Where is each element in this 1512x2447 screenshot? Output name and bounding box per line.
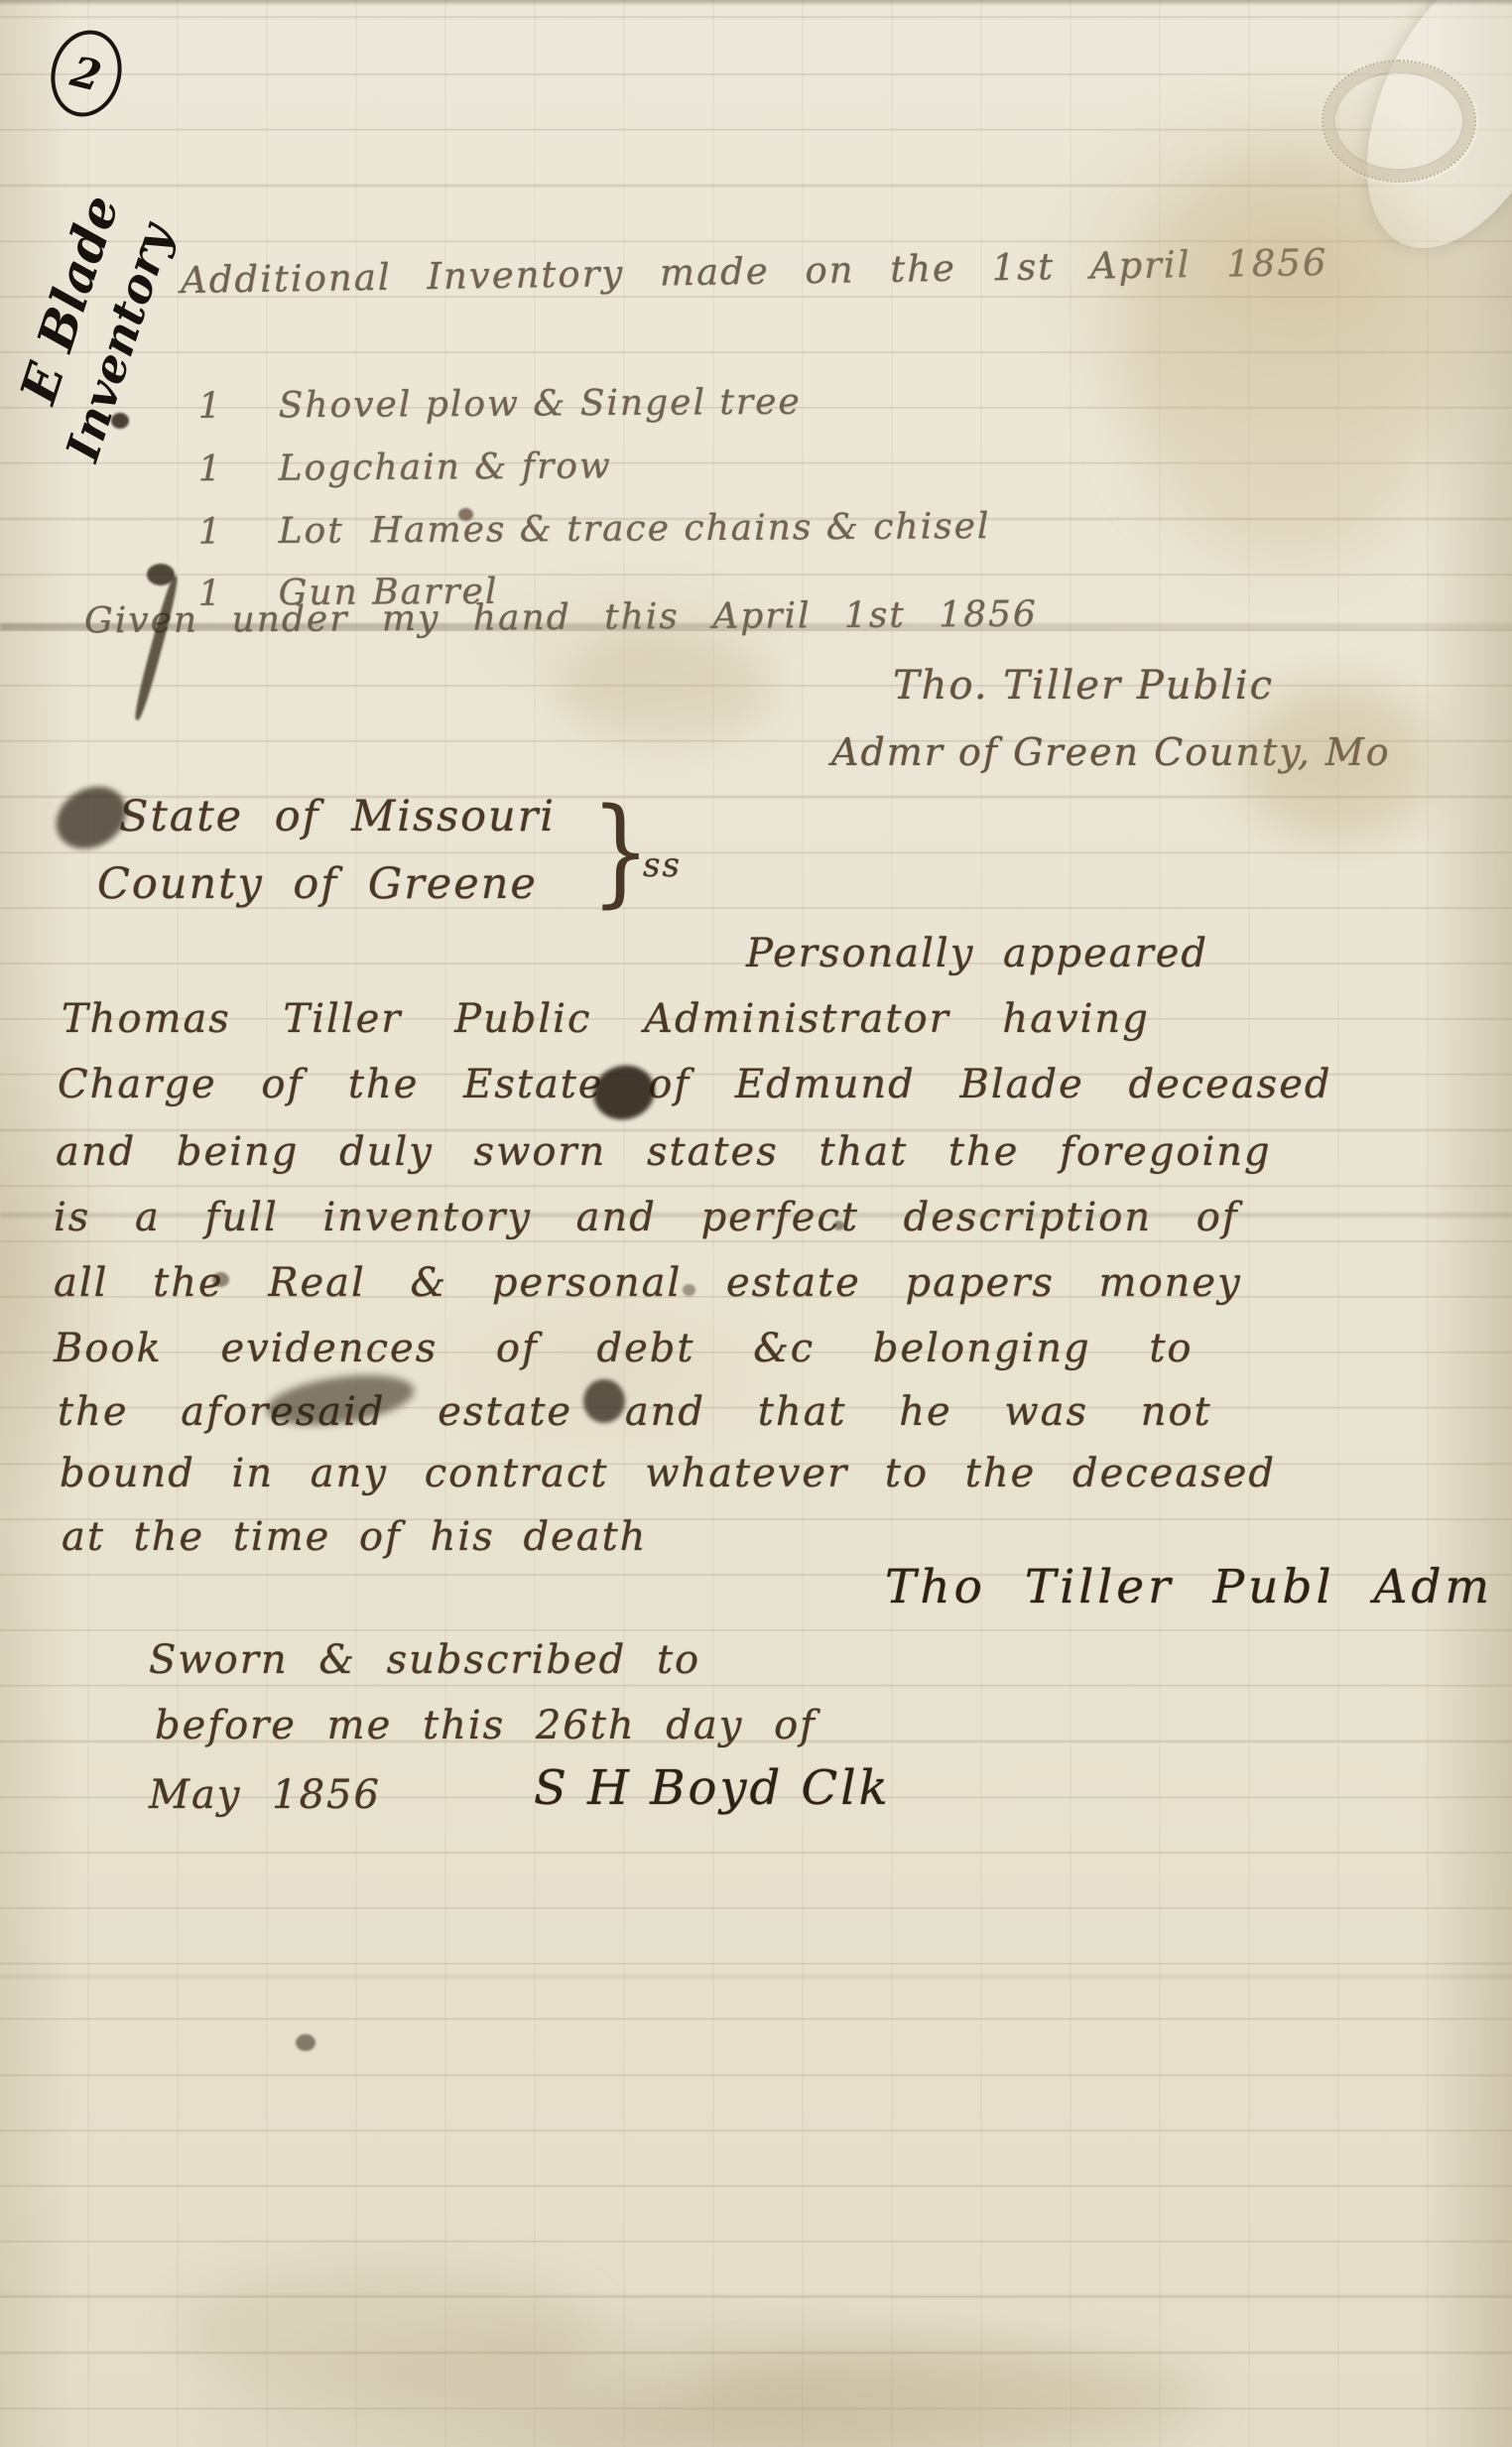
venue-county: County of Greene [97,859,538,909]
affidavit-line: and being duly sworn states that the for… [56,1129,1272,1175]
administrator-title: Admr of Green County, Mo [831,730,1391,774]
page-number-circled: 2 [42,23,130,124]
page-number: 2 [66,47,106,101]
affidavit-line: Charge of the Estate of Edmund Blade dec… [58,1062,1331,1107]
jurat-line: Sworn & subscribed to [149,1637,700,1683]
affiant-signature: Tho Tiller Publ Adm [885,1560,1493,1614]
venue-state: State of Missouri [119,792,556,841]
jurat-line: before me this 26th day of [155,1703,817,1748]
jurat-line: May 1856 [149,1772,381,1818]
affidavit-line: at the time of his death [62,1514,647,1560]
affidavit-line: the aforesaid estate and that he was not [58,1389,1212,1435]
venue-ss: ss [643,845,682,885]
affidavit-line: bound in any contract whatever to the de… [60,1451,1276,1496]
embossed-seal [1322,60,1476,183]
affidavit-line: Book evidences of debt &c belonging to [54,1326,1193,1371]
affidavit-line: Thomas Tiller Public Administrator havin… [62,996,1150,1042]
affidavit-line: is a full inventory and perfect descript… [54,1195,1239,1240]
clerk-signature: S H Boyd Clk [534,1760,891,1816]
document-page: 2 E Blade Inventory Additional Inventory… [0,0,1512,2447]
administrator-signature: Tho. Tiller Public [893,663,1274,708]
affidavit-line: Personally appeared [746,931,1208,976]
affidavit-line: all the Real & personal estate papers mo… [54,1260,1242,1306]
attestation-line: Given under my hand this April 1st 1856 [84,594,1038,642]
venue-brace: } [591,782,651,919]
